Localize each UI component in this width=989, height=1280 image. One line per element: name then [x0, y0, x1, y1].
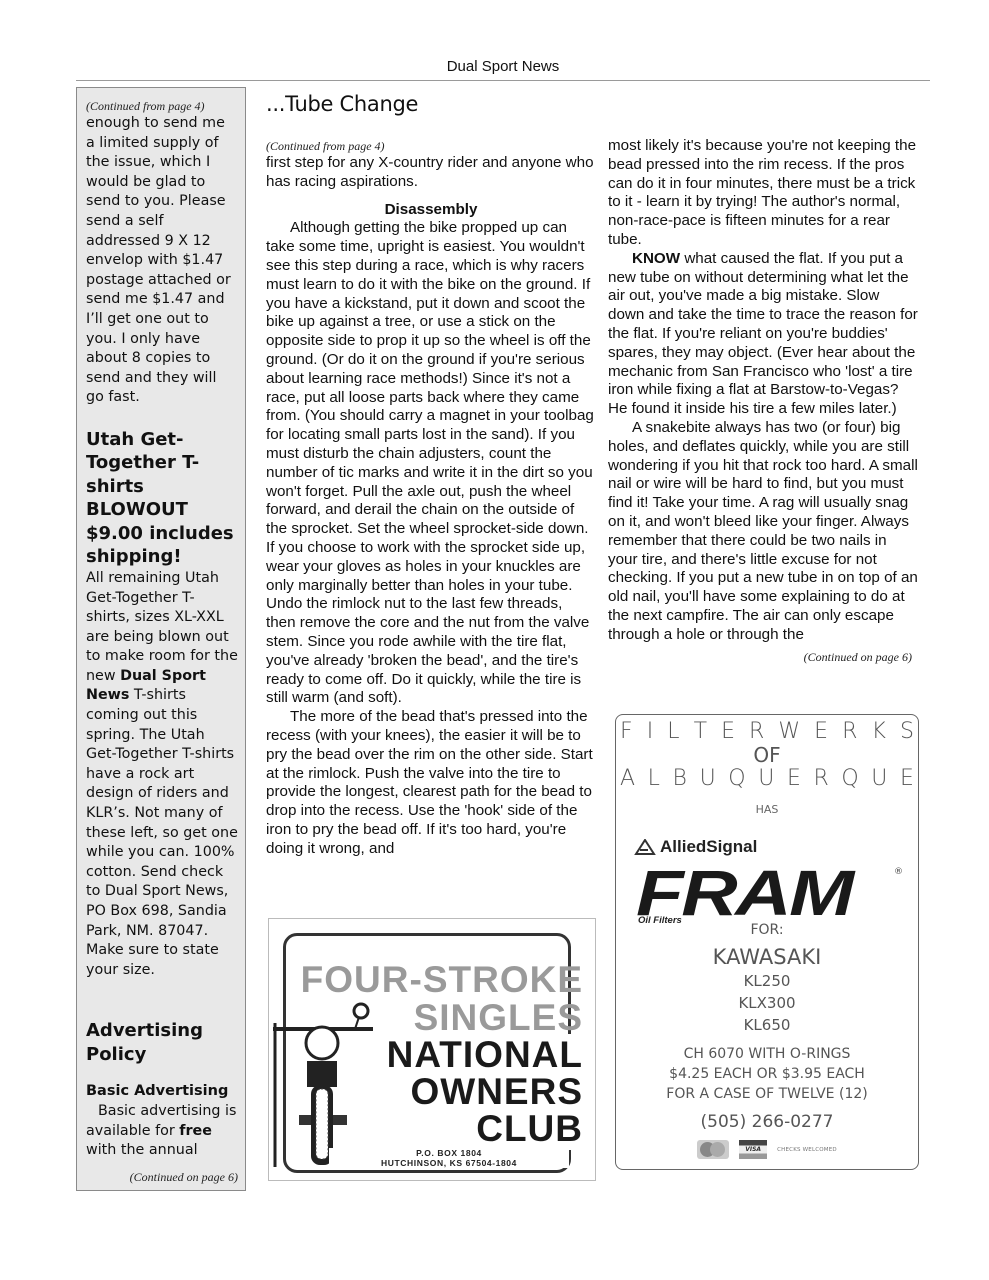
- article-lead: first step for any X-country rider and a…: [266, 154, 596, 192]
- filterwerks-ad: FILTERWERKS OF ALBUQUERQUE HAS AlliedSig…: [615, 714, 919, 1170]
- article-paragraph: A snakebite always has two (or four) big…: [608, 419, 918, 645]
- club-address: P.O. BOX 1804 HUTCHINSON, KS 67504-1804: [329, 1148, 569, 1168]
- tshirt-text-part: T-shirts coming out this spring. The Uta…: [86, 687, 238, 977]
- letter: L: [667, 719, 679, 744]
- article-continued-on: (Continued on page 6): [608, 649, 918, 665]
- sidebar-box: (Continued from page 4) enough to send m…: [76, 87, 246, 1191]
- basic-advertising-heading: Basic Advertising: [86, 1082, 238, 1102]
- address-line: P.O. BOX 1804: [329, 1148, 569, 1158]
- visa-icon: VISA: [739, 1140, 767, 1159]
- know-bold: KNOW: [632, 250, 680, 267]
- has-text: HAS: [616, 803, 918, 816]
- tshirt-text: All remaining Utah Get-Together T-shirts…: [86, 569, 238, 980]
- article-paragraph: Although getting the bike propped up can…: [266, 219, 596, 708]
- letter: E: [814, 719, 828, 744]
- motorcycle-icon: [269, 997, 379, 1167]
- article-paragraph: The more of the bead that's pressed into…: [266, 708, 596, 858]
- deal-line: FOR A CASE OF TWELVE (12): [616, 1084, 918, 1104]
- letter: Q: [728, 766, 745, 791]
- letter: E: [900, 766, 914, 791]
- phone-number: (505) 266-0277: [616, 1110, 918, 1134]
- letter: L: [648, 766, 660, 791]
- letter: E: [787, 766, 801, 791]
- letter: U: [700, 766, 716, 791]
- alliedsignal-logo: AlliedSignal: [634, 837, 757, 857]
- know-text: what caused the flat. If you put a new t…: [608, 250, 918, 417]
- letter: U: [871, 766, 887, 791]
- article-column-2: most likely it's because you're not keep…: [608, 137, 918, 665]
- checks-welcomed-text: CHECKS WELCOMED: [777, 1147, 837, 1153]
- letter: U: [758, 766, 774, 791]
- owners-text: OWNERS: [409, 1071, 584, 1113]
- letter: T: [694, 719, 707, 744]
- continued-from-note: (Continued from page 4): [86, 98, 238, 114]
- basic-advertising-text: Basic advertising is available for free …: [86, 1102, 238, 1161]
- singles-text: SINGLES: [414, 997, 583, 1039]
- letter: Q: [841, 766, 858, 791]
- albuquerque-wordmark: ALBUQUERQUE: [616, 766, 918, 791]
- alliedsignal-icon: [634, 839, 656, 855]
- national-text: NATIONAL: [385, 1034, 583, 1076]
- free-bold: free: [179, 1123, 212, 1139]
- payment-methods: VISA CHECKS WELCOMED: [616, 1140, 918, 1159]
- disassembly-subhead: Disassembly: [266, 201, 596, 220]
- registered-mark: ®: [894, 867, 903, 877]
- basic-text-part: Basic advertising is available for: [86, 1103, 236, 1139]
- letter: B: [673, 766, 687, 791]
- letter: R: [749, 719, 764, 744]
- article-title: ...Tube Change: [266, 92, 418, 116]
- continued-on-note: (Continued on page 6): [86, 1169, 238, 1185]
- tshirt-heading: Utah Get-Together T-shirts BLOWOUT $9.00…: [86, 428, 238, 569]
- article-paragraph: most likely it's because you're not keep…: [608, 137, 918, 250]
- of-text: OF: [616, 744, 918, 766]
- letter: W: [778, 719, 800, 744]
- mastercard-icon: [697, 1140, 729, 1159]
- club-text: CLUB: [474, 1108, 583, 1150]
- filterwerks-wordmark: FILTERWERKS: [616, 719, 918, 744]
- sidebar-intro-text: enough to send me a limited supply of th…: [86, 114, 238, 408]
- header-rule: [76, 80, 930, 81]
- fram-logo: FRAM: [636, 863, 852, 923]
- letter: A: [620, 766, 635, 791]
- four-stroke-text: FOUR-STROKE: [301, 959, 583, 1001]
- running-header: Dual Sport News: [0, 58, 989, 75]
- letter: E: [721, 719, 735, 744]
- for-text: FOR:: [616, 921, 918, 939]
- letter: R: [813, 766, 828, 791]
- model-item: KLX300: [616, 992, 918, 1014]
- four-stroke-singles-ad: FOUR-STROKE SINGLES NATIONAL OWNERS CLUB…: [268, 918, 596, 1181]
- alliedsignal-text: AlliedSignal: [660, 837, 757, 857]
- make-text: KAWASAKI: [616, 944, 918, 970]
- model-item: KL650: [616, 1014, 918, 1036]
- letter: S: [900, 719, 914, 744]
- address-line: HUTCHINSON, KS 67504-1804: [329, 1158, 569, 1168]
- letter: F: [620, 719, 633, 744]
- ad-details: FOR: KAWASAKI KL250 KLX300 KL650 CH 6070…: [616, 921, 918, 1159]
- deal-line: CH 6070 WITH O-RINGS: [616, 1044, 918, 1064]
- basic-text-part: with the annual: [86, 1142, 198, 1158]
- letter: K: [871, 719, 885, 744]
- letter: R: [842, 719, 857, 744]
- deal-line: $4.25 EACH OR $3.95 EACH: [616, 1064, 918, 1084]
- tshirt-text-part: All remaining Utah Get-Together T-shirts…: [86, 570, 238, 684]
- model-item: KL250: [616, 970, 918, 992]
- article-continued-from: (Continued from page 4): [266, 138, 596, 154]
- intro-paragraph: enough to send me a limited supply of th…: [86, 114, 238, 408]
- advertising-policy-heading: Advertising Policy: [86, 1019, 238, 1066]
- article-paragraph: KNOW what caused the flat. If you put a …: [608, 250, 918, 419]
- article-column-1: (Continued from page 4) first step for a…: [266, 138, 596, 858]
- letter: I: [647, 719, 654, 744]
